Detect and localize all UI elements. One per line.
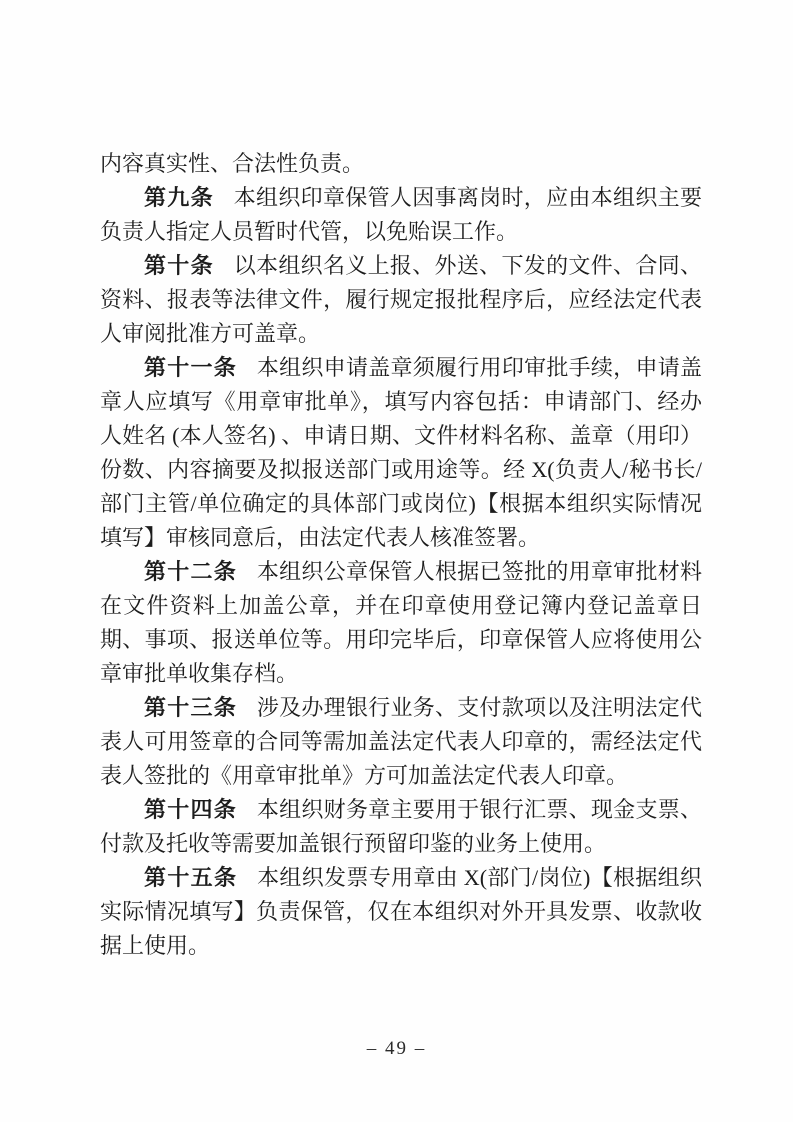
article-number: 第十条 [144,253,214,278]
paragraph-article-15: 第十五条本组织发票专用章由 X(部门/岗位)【根据组织实际情况填写】负责保管，仅… [100,861,702,963]
document-body: 内容真实性、合法性负责。 第九条本组织印章保管人因事离岗时，应由本组织主要负责人… [100,147,702,963]
paragraph-article-12: 第十二条本组织公章保管人根据已签批的用章审批材料在文件资料上加盖公章，并在印章使… [100,555,702,691]
article-number: 第十一条 [144,355,237,380]
article-number: 第十二条 [144,559,237,584]
paragraph-continuation: 内容真实性、合法性负责。 [100,147,702,181]
article-number: 第十四条 [144,797,237,822]
paragraph-text: 内容真实性、合法性负责。 [100,151,364,176]
paragraph-article-9: 第九条本组织印章保管人因事离岗时，应由本组织主要负责人指定人员暂时代管，以免贻误… [100,181,702,249]
paragraph-text: 本组织申请盖章须履行用印审批手续，申请盖章人应填写《用章审批单》，填写内容包括：… [100,355,702,550]
paragraph-article-11: 第十一条本组织申请盖章须履行用印审批手续，申请盖章人应填写《用章审批单》，填写内… [100,351,702,555]
paragraph-article-13: 第十三条涉及办理银行业务、支付款项以及注明法定代表人可用签章的合同等需加盖法定代… [100,691,702,793]
paragraph-article-14: 第十四条本组织财务章主要用于银行汇票、现金支票、付款及托收等需要加盖银行预留印鉴… [100,793,702,861]
article-number: 第十三条 [144,695,237,720]
page-number: – 49 – [0,1038,793,1060]
article-number: 第十五条 [144,865,237,890]
paragraph-article-10: 第十条以本组织名义上报、外送、下发的文件、合同、资料、报表等法律文件，履行规定报… [100,249,702,351]
article-number: 第九条 [144,185,214,210]
document-page: 内容真实性、合法性负责。 第九条本组织印章保管人因事离岗时，应由本组织主要负责人… [0,0,793,1122]
